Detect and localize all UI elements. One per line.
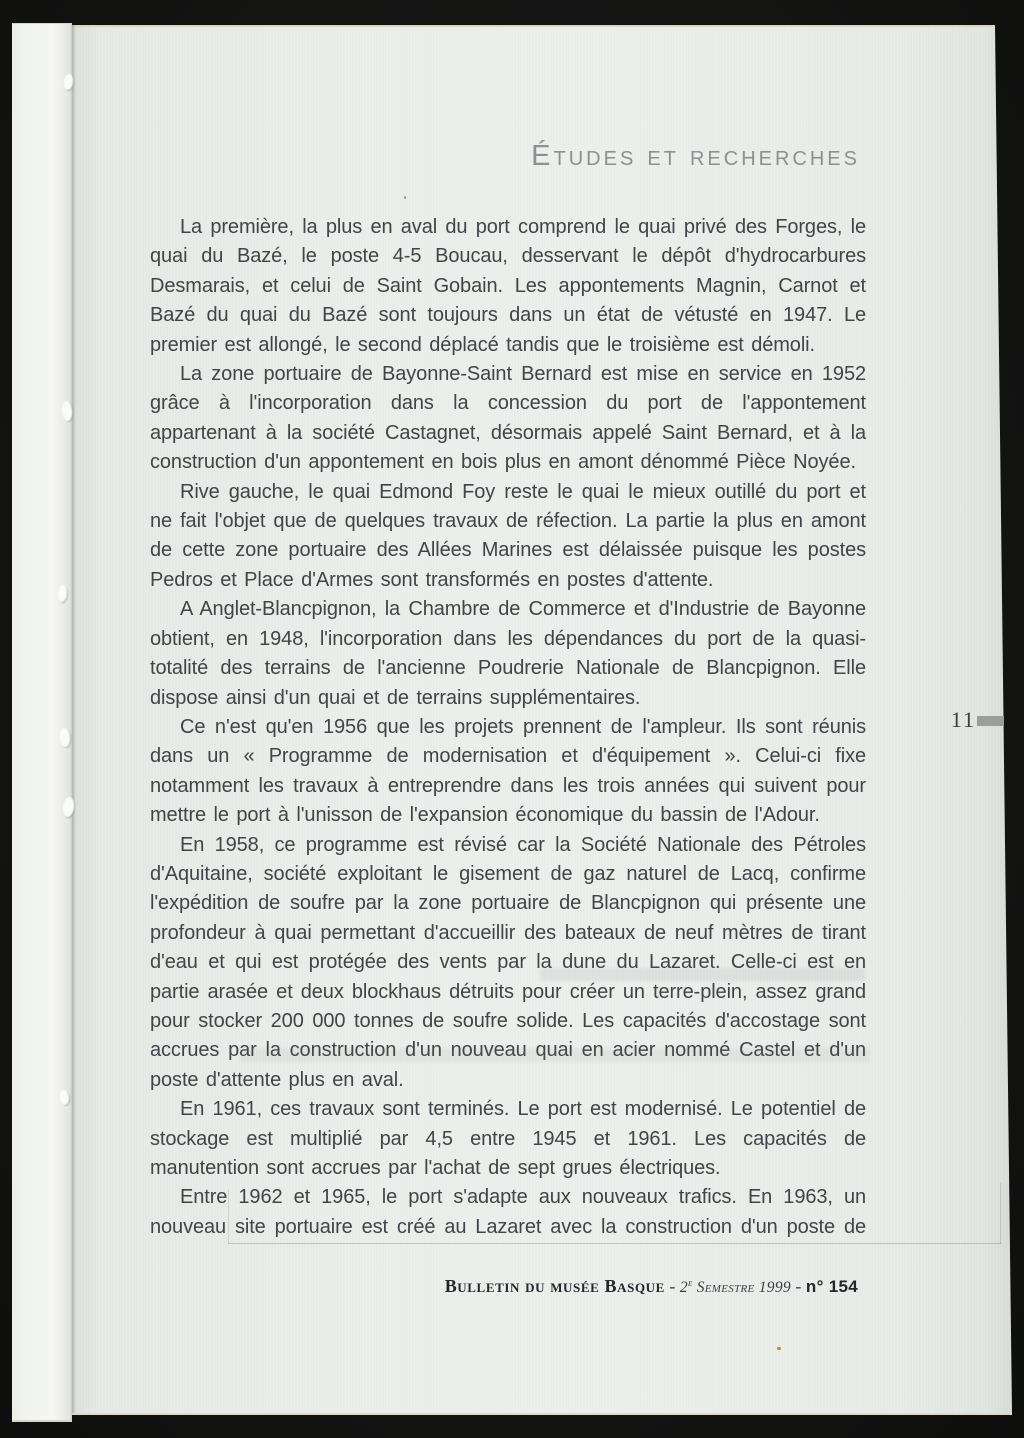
scanned-book-photo: Études et recherches La première, la plu… — [0, 0, 1024, 1438]
paragraph: Ce n'est qu'en 1956 que les projets pren… — [150, 713, 866, 831]
paragraph: En 1961, ces travaux sont terminés. Le p… — [150, 1095, 866, 1183]
issue-date: 2e Semestre 1999 — [680, 1279, 791, 1296]
show-through-smudge — [240, 1048, 870, 1062]
show-through-frame-line — [1000, 1183, 1001, 1244]
paragraph: La première, la plus en aval du port com… — [150, 213, 866, 360]
show-through-frame-line — [228, 1243, 1001, 1244]
previous-page-edge — [12, 24, 72, 1420]
paper-speck — [777, 1347, 781, 1350]
paragraph: La zone portuaire de Bayonne-Saint Berna… — [150, 360, 866, 478]
show-through-smudge — [540, 968, 865, 981]
paragraph: A Anglet-Blancpignon, la Chambre de Comm… — [150, 595, 866, 713]
footer-separator: - — [665, 1276, 680, 1296]
issue-number: n° 154 — [806, 1277, 858, 1296]
page-top-edge — [72, 25, 1012, 27]
running-header: Études et recherches — [531, 141, 860, 171]
footer-imprint: Bulletin du musée Basque - 2e Semestre 1… — [445, 1276, 858, 1297]
page-number: 11 — [946, 707, 976, 733]
document-page: Études et recherches La première, la plu… — [72, 25, 1012, 1415]
binding-seam-shadow — [72, 25, 76, 1415]
article-body: La première, la plus en aval du port com… — [150, 213, 866, 1246]
show-through-frame-line — [228, 1189, 229, 1244]
page-bottom-edge — [72, 1413, 1012, 1415]
paragraph: Rive gauche, le quai Edmond Foy reste le… — [150, 478, 866, 596]
footer-separator: - — [791, 1276, 806, 1296]
journal-title: Bulletin du musée Basque — [445, 1276, 665, 1296]
paper-speck — [404, 196, 406, 199]
paragraph: Entre 1962 et 1965, le port s'adapte aux… — [150, 1183, 866, 1246]
page-number-marker-bar — [977, 716, 1004, 726]
